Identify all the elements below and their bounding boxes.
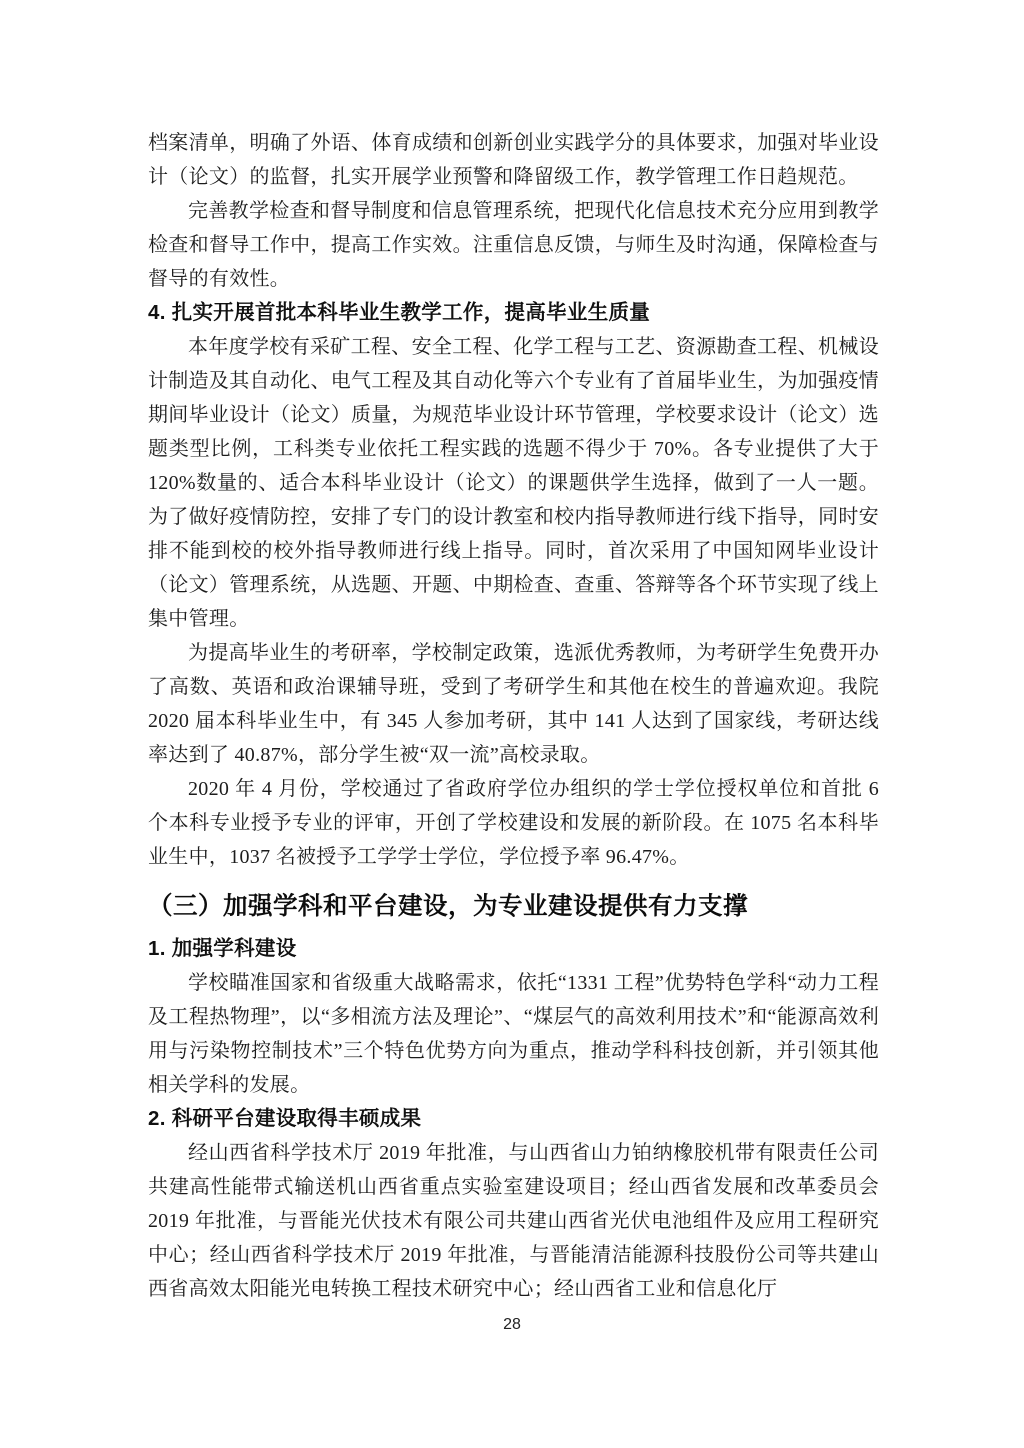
paragraph: 学校瞄准国家和省级重大战略需求，依托“1331 工程”优势特色学科“动力工程及工… bbox=[148, 966, 879, 1102]
page-footer: 28 bbox=[0, 1316, 1024, 1334]
section-heading-three: （三）加强学科和平台建设，为专业建设提供有力支撑 bbox=[148, 890, 879, 923]
document-body: 档案清单，明确了外语、体育成绩和创新创业实践学分的具体要求，加强对毕业设计（论文… bbox=[148, 126, 879, 1306]
subsection-heading-4: 4. 扎实开展首批本科毕业生教学工作，提高毕业生质量 bbox=[148, 296, 879, 330]
paragraph: 经山西省科学技术厅 2019 年批准，与山西省山力铂纳橡胶机带有限责任公司共建高… bbox=[148, 1136, 879, 1306]
subsection-heading-1: 1. 加强学科建设 bbox=[148, 932, 879, 966]
paragraph: 为提高毕业生的考研率，学校制定政策，选派优秀教师，为考研学生免费开办了高数、英语… bbox=[148, 636, 879, 772]
document-page: 档案清单，明确了外语、体育成绩和创新创业实践学分的具体要求，加强对毕业设计（论文… bbox=[0, 0, 1024, 1448]
paragraph-continued: 档案清单，明确了外语、体育成绩和创新创业实践学分的具体要求，加强对毕业设计（论文… bbox=[148, 126, 879, 194]
subsection-heading-2: 2. 科研平台建设取得丰硕成果 bbox=[148, 1102, 879, 1136]
paragraph: 2020 年 4 月份，学校通过了省政府学位办组织的学士学位授权单位和首批 6 … bbox=[148, 772, 879, 874]
paragraph: 完善教学检查和督导制度和信息管理系统，把现代化信息技术充分应用到教学检查和督导工… bbox=[148, 194, 879, 296]
paragraph: 本年度学校有采矿工程、安全工程、化学工程与工艺、资源勘查工程、机械设计制造及其自… bbox=[148, 330, 879, 636]
page-number: 28 bbox=[503, 1316, 521, 1333]
